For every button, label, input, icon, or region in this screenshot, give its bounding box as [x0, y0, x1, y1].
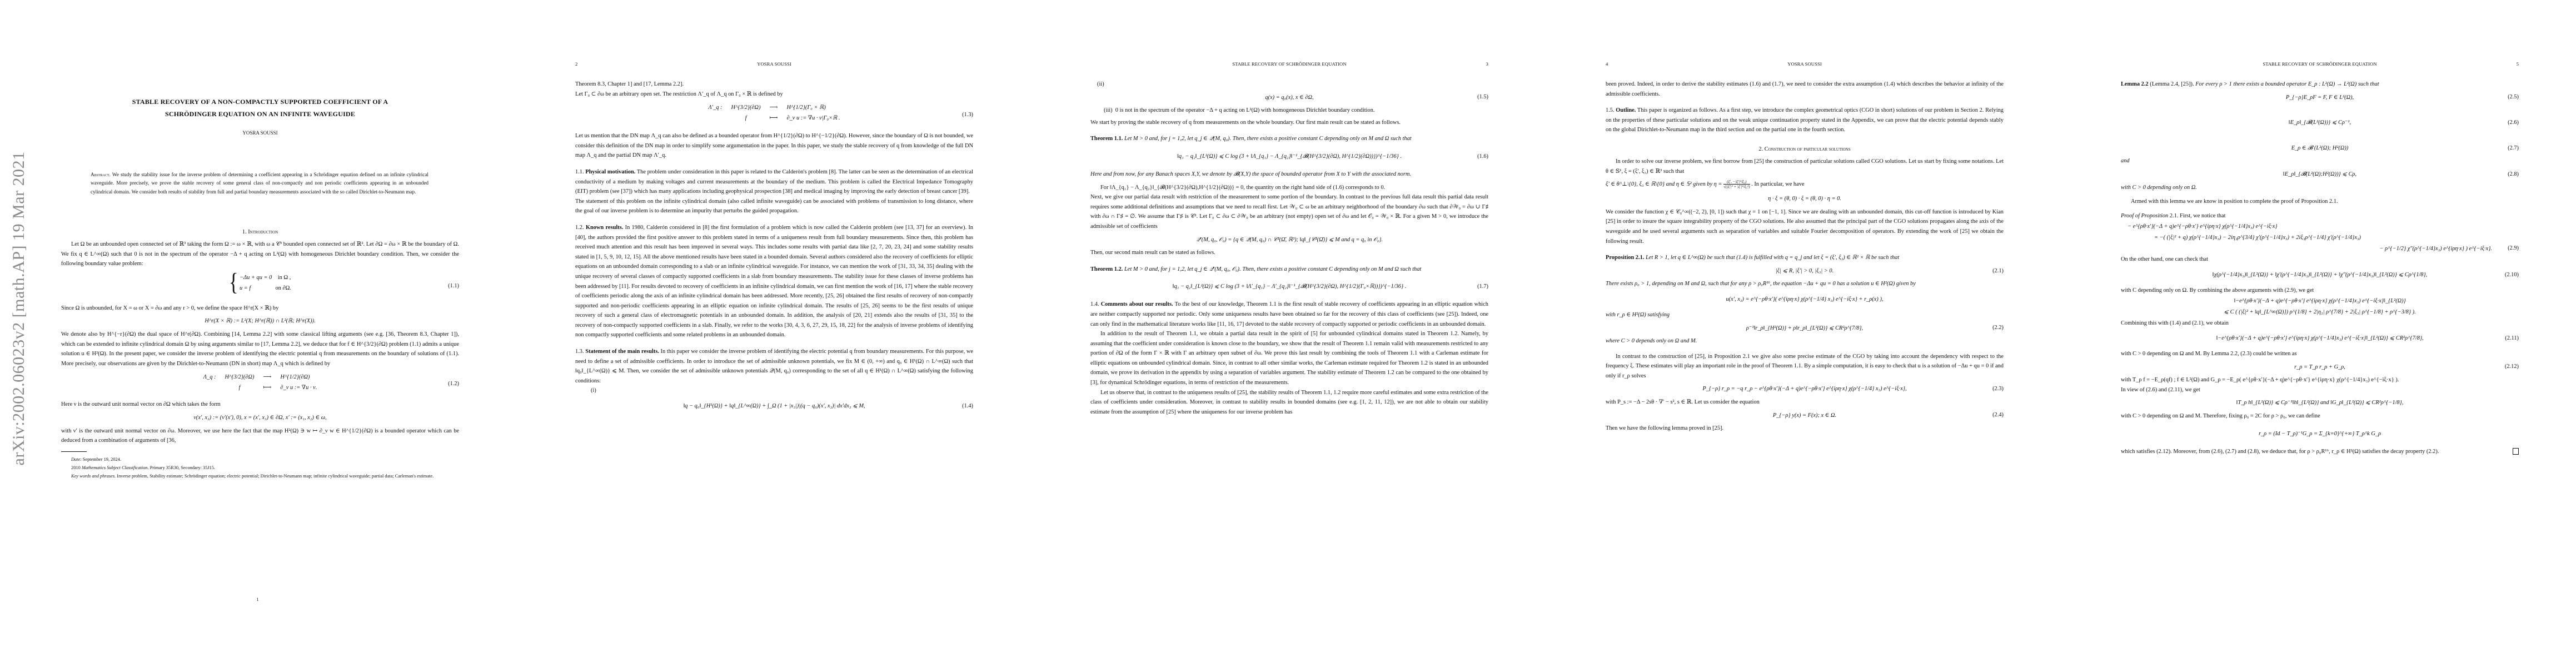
intro-paragraph-5: with ν′ is the outward unit normal vecto…: [61, 426, 459, 446]
section-1-5: 1.5. Outline. This paper is organized as…: [1606, 106, 2004, 135]
eq-cell: f: [220, 382, 258, 393]
cutoff-paragraph: We consider the function χ ∈ 𝒞₀^∞((−2, 2…: [1606, 207, 2004, 246]
intro-paragraph-3: We denote also by H^{−r}(∂Ω) the dual sp…: [61, 330, 459, 369]
section-title-introduction: 1. Introduction: [61, 229, 459, 235]
footnote-msc: 2010 Mathematics Subject Classification.…: [61, 464, 459, 472]
eq-cell: ⟶: [765, 102, 783, 113]
proposition-label: Proposition 2.1.: [1606, 255, 1644, 261]
equation-number: (1.5): [1477, 93, 1488, 103]
eq-1-1-row2-rhs: on ∂Ω.: [275, 285, 291, 291]
equation-2-1: |ξ| ⩽ R, |ξ′| > 0, |ξ₃| > 0. (2.1): [1606, 266, 2004, 276]
lemma-intro: Then we have the following lemma proved …: [1606, 424, 2004, 434]
page-5-body: Lemma 2.2 (Lemma 2.4, [25]). For every ρ…: [2121, 79, 2519, 456]
eq-cell: H^{1/2}(Γ₀ × ℝ): [782, 102, 844, 113]
equation-2-2: ρ⁻¹‖r_ρ‖_{H²(Ω)} + ρ‖r_ρ‖_{L²(Ω)} ⩽ CR²ρ…: [1606, 323, 2004, 333]
second-result-intro: Then, our second main result can be stat…: [1090, 248, 1488, 258]
equation-body: P_{−ρ} y(x) = F(x); x ∈ Ω.: [1773, 412, 1836, 419]
equation-2-9-line-3: − ρ^{−1/2} χ″(ρ^{−1/4}x₃) e^{iρη·x} ) e^…: [2121, 244, 2519, 254]
abstract-text: We study the stability issue for the inv…: [91, 172, 428, 195]
page-5: STABLE RECOVERY OF SCHRÖDINGER EQUATION …: [2061, 0, 2576, 667]
equation-2-12: r_ρ = T_ρ r_ρ + G_ρ, (2.12): [2121, 362, 2519, 372]
equation-normal-vector: ν(x′, x₃) := (ν′(x′), 0), x = (x′, x₃) ∈…: [61, 413, 459, 423]
section-1-3: 1.3. Statement of the main results. In t…: [575, 347, 973, 386]
left-brace: {: [229, 271, 238, 295]
in-view-text: In view of (2.6) and (2.11), we get: [2121, 385, 2519, 395]
equation-number: (2.9): [2508, 244, 2519, 254]
msc-label: Mathematics Subject Classification.: [82, 465, 149, 470]
continuation-text: been proved. Indeed, in order to derive …: [1606, 79, 2004, 99]
proof-start: Proof of Proposition 2.1. First, we noti…: [2121, 211, 2519, 221]
section-number: 1.1.: [575, 169, 584, 175]
equation-2-5: P_{−ρ}E_ρF = F, F ∈ L²(Ω), (2.5): [2121, 93, 2519, 103]
final-text: which satisfies (2.12). Moreover, from (…: [2121, 449, 2439, 455]
equation-cgo-solution: u(x′, x₃) = e^{−ρθ·x′}( e^{iρη·x} χ(ρ^{−…: [1606, 292, 2004, 307]
eq-cell: Λ_q :: [199, 372, 221, 382]
msc-value: Primary 35R30, Secondary: 35J15.: [149, 465, 216, 470]
arxiv-stamp: arXiv:2002.06023v2 [math.AP] 19 Mar 2021: [7, 150, 31, 467]
eq-cell: H^{1/2}(∂Ω): [276, 372, 321, 382]
section-title-physical-motivation: Physical motivation.: [585, 169, 635, 175]
lemma-use-text: with C > 0 depending on Ω and M. By Lemm…: [2121, 349, 2519, 359]
equation-number: (2.6): [2508, 118, 2519, 128]
equation-number: (1.4): [962, 399, 973, 414]
equation-number: (2.5): [2508, 93, 2519, 103]
inequality-line-1: ‖−e^{ρθ·x′}(−Δ + q)e^{−ρθ·x′} e^{iρη·x} …: [2121, 296, 2519, 306]
ps-definition: with P_s := −Δ − 2sθ · ∇′ − s², s ∈ ℝ. L…: [1606, 397, 2004, 407]
condition-ii-label: (ii): [1090, 79, 1488, 89]
page-number: 3: [1486, 61, 1488, 67]
running-head-title: YOSRA SOUSSI: [575, 61, 973, 67]
date-label: Date: [71, 457, 80, 462]
section-1-2: 1.2. Known results. In 1980, Calderón co…: [575, 223, 973, 340]
lemma-label: Lemma 2.2: [2121, 81, 2149, 87]
theorem-label: Theorem 1.1.: [1090, 136, 1123, 142]
eq-cell: [704, 113, 726, 123]
equation-number: (2.10): [2505, 268, 2519, 282]
proposition-text-3: with r_ρ ∈ H²(Ω) satisfying: [1606, 310, 2004, 320]
equation-body: E_ρ ∈ 𝓑 (L²(Ω); H²(Ω)): [2291, 145, 2349, 151]
and-connector: and: [2121, 156, 2519, 166]
page-2: 2 YOSRA SOUSSI Theorem 8.3, Chapter 1] a…: [515, 0, 1030, 667]
eq-1-1-row1-rhs: in Ω ,: [278, 275, 291, 281]
page-4: 4 YOSRA SOUSSI been proved. Indeed, in o…: [1546, 0, 2061, 667]
running-head-title: STABLE RECOVERY OF SCHRÖDINGER EQUATION: [1090, 61, 1488, 67]
equation-number: (1.1): [448, 281, 459, 291]
condition-iii-label: (iii): [1104, 107, 1113, 113]
author: YOSRA SOUSSI: [61, 130, 459, 136]
equation-2-4: P_{−ρ} y(x) = F(x); x ∈ Ω. (2.4): [1606, 411, 2004, 421]
dn-map-paragraph: Let us mention that the DN map Λ_q can a…: [575, 131, 973, 161]
proof-reference: 2.1.: [2168, 213, 2178, 219]
running-head-title: YOSRA SOUSSI: [1606, 61, 2004, 67]
final-paragraph: which satisfies (2.12). Moreover, from (…: [2121, 447, 2519, 457]
eq-1-1-row1-lhs: −Δu + qu = 0: [240, 275, 272, 281]
equation-number: (2.8): [2508, 170, 2519, 180]
equation-number: (2.2): [1992, 323, 2004, 333]
equation-1-1: { −Δu + qu = 0 in Ω , u = f on ∂Ω. (1.1): [61, 272, 459, 300]
eq-cell: [199, 382, 221, 393]
title-line-2: SCHRÖDINGER EQUATION ON AN INFINITE WAVE…: [61, 108, 459, 120]
equation-1-2: Λ_q : H^{3/2}(∂Ω) ⟶ H^{1/2}(∂Ω) f ⟼ ∂_ν …: [61, 372, 459, 396]
section-number: 1.5.: [1606, 107, 1615, 113]
equation-body: ‖E_ρ‖_{𝓑(L²(Ω);H²(Ω))} ⩽ Cρ,: [2283, 171, 2356, 177]
equation-orthogonality: η · ξ = (θ, 0) · ξ = (θ, 0) · η = 0.: [1606, 194, 2004, 204]
armed-paragraph: Armed with this lemma we are know in pos…: [2121, 197, 2519, 207]
theorem-1-1: Theorem 1.1. Let M > 0 and, for j = 1,2,…: [1090, 134, 1488, 144]
condition-iii-text: 0 is not in the spectrum of the operator…: [1115, 107, 1375, 113]
theorem-label: Theorem 1.2.: [1090, 266, 1123, 272]
equation-number: (2.3): [1992, 384, 2004, 394]
inequality-line-2: ⩽ C ( (|ξ|² + ‖q‖_{L^∞(Ω)}) ρ^{1/8} + 2|…: [2121, 307, 2519, 317]
banach-remark: Here and from now, for any Banach spaces…: [1090, 170, 1488, 180]
page-3: STABLE RECOVERY OF SCHRÖDINGER EQUATION …: [1030, 0, 1546, 667]
section-title-comments: Comments about our results.: [1101, 301, 1173, 307]
equation-2-3: P_{−ρ} r_ρ = −q r_ρ − e^{ρθ·x′}(−Δ + q)e…: [1606, 384, 2004, 394]
page-number: 5: [2517, 61, 2519, 67]
zero-case-remark: For ‖Λ_{q₁} − Λ_{q₂}‖_{𝓑(H^{3/2}(∂Ω),H^{…: [1090, 183, 1488, 193]
page-3-body: (ii) q(x) = q₀(x), x ∈ ∂Ω, (1.5) (iii) 0…: [1090, 79, 1488, 417]
equation-body: ‖q₁ − q₂‖_{L²(Ω)} ⩽ C log (3 + ‖Λ_{q₁} −…: [1177, 153, 1402, 160]
section-1-4: 1.4. Comments about our results. To the …: [1090, 300, 1488, 329]
equation-number: (2.11): [2505, 331, 2519, 346]
equation-number: (2.7): [2508, 143, 2519, 153]
theorem-text: Let M > 0 and, for j = 1,2, let q_j ∈ 𝒬(…: [1124, 136, 1412, 142]
eta-denominator: √(|ξ′|² + |ξ′|⁴/ξ₃²): [1723, 185, 1750, 189]
running-head: 2 YOSRA SOUSSI: [575, 61, 973, 69]
fixing-text: with C > 0 depending on Ω and M. Therefo…: [2121, 411, 2519, 421]
other-hand-text: On the other hand, one can check that: [2121, 255, 2519, 265]
eq-1-1-row2-lhs: u = f: [240, 285, 251, 291]
contrast-paragraph: In contrast to the construction of [25],…: [1606, 352, 2004, 381]
eq-cell: Λ′_q :: [704, 102, 726, 113]
equation-2-7: E_ρ ∈ 𝓑 (L²(Ω); H²(Ω)) (2.7): [2121, 143, 2519, 153]
section-1-4-paragraph-2: In addition to the result of Theorem 1.1…: [1090, 329, 1488, 388]
page-2-body: Theorem 8.3, Chapter 1] and [17, Lemma 2…: [575, 79, 973, 417]
dn-map-table: Λ_q : H^{3/2}(∂Ω) ⟶ H^{1/2}(∂Ω) f ⟼ ∂_ν …: [199, 372, 322, 393]
eq-cell: ⟶: [259, 372, 276, 382]
eq-cell: ⟼: [259, 382, 276, 393]
running-head-title: STABLE RECOVERY OF SCHRÖDINGER EQUATION: [2121, 61, 2519, 67]
eta-definition-text: ξ′ ∈ θ^⊥\{0}, ξ₃ ∈ ℝ\{0} and η ∈ 𝕊² give…: [1606, 181, 1722, 187]
equation-body: ‖q − q₀‖_{H¹(Ω)} + ‖q‖_{L^∞(Ω)} + ∫_Ω (1…: [683, 403, 865, 409]
section-text: This paper is organized as follows. As a…: [1606, 107, 2004, 133]
section-title-construction: 2. Construction of particular solutions: [1606, 146, 2004, 152]
equation-body: ρ⁻¹‖r_ρ‖_{H²(Ω)} + ρ‖r_ρ‖_{L²(Ω)} ⩽ CR²ρ…: [1746, 325, 1863, 331]
section-number: 1.2.: [575, 225, 584, 231]
equation-body: r_ρ = T_ρ r_ρ + G_ρ,: [2294, 364, 2345, 370]
equation-body: P_{−ρ}E_ρF = F, F ∈ L²(Ω),: [2286, 94, 2354, 101]
equation-1-3: Λ′_q : H^{3/2}(∂Ω) ⟶ H^{1/2}(Γ₀ × ℝ) f ⟼…: [575, 102, 973, 128]
lemma-conclusion: with C > 0 depending only on Ω.: [2121, 183, 2519, 193]
equation-body: ‖E_ρ‖_{𝓑(L²(Ω))} ⩽ Cρ⁻¹,: [2289, 120, 2351, 126]
equation-body: |ξ| ⩽ R, |ξ′| > 0, |ξ₃| > 0.: [1776, 268, 1833, 274]
combining-text-2: Combining this with (1.4) and (2.1), we …: [2121, 318, 2519, 328]
section-number: 1.4.: [1090, 301, 1099, 307]
eq-cell: ∂_ν u := ∇u · ν.: [276, 382, 321, 393]
eq-cell: ⟼: [765, 113, 783, 123]
section-text: In 1980, Calderón considered in [8] the …: [575, 225, 973, 339]
msc-prefix: 2010: [71, 465, 82, 470]
equation-2-10: ‖χ(ρ^{−1/4}x₃)‖_{L²(Ω)} + ‖χ′(ρ^{−1/4}x₃…: [2121, 268, 2519, 282]
eq-cell: H^{3/2}(∂Ω): [726, 102, 765, 113]
continuation-text: Theorem 8.3, Chapter 1] and [17, Lemma 2…: [575, 79, 973, 89]
qed-square-icon: [2513, 448, 2519, 455]
intro-paragraph-4: Here ν is the outward unit normal vector…: [61, 400, 459, 410]
running-head: STABLE RECOVERY OF SCHRÖDINGER EQUATION …: [1090, 61, 1488, 69]
equation-1-5: q(x) = q₀(x), x ∈ ∂Ω, (1.5): [1090, 93, 1488, 103]
equation-number: (2.1): [1992, 266, 2004, 276]
abstract-label: Abstract.: [91, 172, 111, 177]
equation-operator-bounds: ‖T_ρ h‖_{L²(Ω)} ⩽ Cρ⁻¹‖h‖_{L²(Ω)} and ‖G…: [2121, 398, 2519, 408]
eq-cell: ∂_ν u := ∇u · ν|Γ₀×ℝ .: [782, 113, 844, 123]
equation-1-6: ‖q₁ − q₂‖_{L²(Ω)} ⩽ C log (3 + ‖Λ_{q₁} −…: [1090, 147, 1488, 166]
partial-dn-map-table: Λ′_q : H^{3/2}(∂Ω) ⟶ H^{1/2}(Γ₀ × ℝ) f ⟼…: [704, 102, 844, 123]
section-title-outline: Outline.: [1616, 107, 1636, 113]
lemma-reference: (Lemma 2.4, [25]).: [2149, 81, 2194, 87]
arxiv-stamp-text: arXiv:2002.06023v2 [math.AP] 19 Mar 2021: [9, 152, 28, 466]
title-line-1: STABLE RECOVERY OF A NON-COMPACTLY SUPPO…: [61, 96, 459, 108]
page-1: arXiv:2002.06023v2 [math.AP] 19 Mar 2021…: [0, 0, 515, 667]
page-1-body: 1. Introduction Let Ω be an unbounded op…: [61, 221, 459, 480]
theorem-1-2: Theorem 1.2. Let M > 0 and, for j = 1,2,…: [1090, 265, 1488, 275]
equation-number: (1.7): [1477, 277, 1488, 296]
keywords-value: Inverse problem, Stability estimate; Sch…: [116, 474, 434, 479]
equation-1-4: ‖q − q₀‖_{H¹(Ω)} + ‖q‖_{L^∞(Ω)} + ∫_Ω (1…: [575, 399, 973, 414]
section-title-main-results: Statement of the main results.: [585, 349, 659, 355]
condition-i-label: (i): [575, 386, 973, 396]
footnote-rule: [61, 451, 87, 452]
combining-text: with C depending only on Ω. By combining…: [2121, 286, 2519, 296]
equation-2-8: ‖E_ρ‖_{𝓑(L²(Ω);H²(Ω))} ⩽ Cρ, (2.8): [2121, 170, 2519, 180]
theorem-text: Let M > 0 and, for j = 1,2, let q_j ∈ 𝒬′…: [1124, 266, 1421, 272]
equation-body: − ρ^{−1/2} χ″(ρ^{−1/4}x₃) e^{iρη·x} ) e^…: [2380, 246, 2492, 252]
keywords-label: Key words and phrases.: [71, 474, 116, 479]
proposition-2-1: Proposition 2.1. Let R > 1, let q ∈ L^∞(…: [1606, 253, 2004, 263]
equation-admissible-set: 𝒬′(M, q₀, 𝒪₀) = {q ∈ 𝒬(M, q₀) ∩ 𝒞²(Ω̄, ℝ…: [1090, 235, 1488, 245]
eq-cell: f: [726, 113, 765, 123]
cases: −Δu + qu = 0 in Ω , u = f on ∂Ω.: [240, 272, 291, 293]
paper-title: STABLE RECOVERY OF A NON-COMPACTLY SUPPO…: [61, 96, 459, 120]
eq-cell: H^{3/2}(∂Ω): [220, 372, 258, 382]
equation-number: (2.4): [1992, 411, 2004, 421]
lemma-2-2: Lemma 2.2 (Lemma 2.4, [25]). For every ρ…: [2121, 79, 2519, 89]
equation-2-11: ‖−e^{ρθ·x′}(−Δ + q)e^{−ρθ·x′} e^{iρη·x} …: [2121, 331, 2519, 346]
proof-text: First, we notice that: [2178, 213, 2225, 219]
running-head: 4 YOSRA SOUSSI: [1606, 61, 2004, 69]
equation-number: (2.12): [2505, 362, 2519, 372]
restriction-paragraph: Let Γ₀ ⊂ ∂ω be an arbitrary open set. Th…: [575, 89, 973, 99]
proposition-text-2: There exists ρ₀ > 1, depending on M and …: [1606, 279, 2004, 289]
eta-numerator: (ξ′, −|ξ′|²/ξ₃): [1723, 180, 1750, 185]
equation-number: (1.6): [1477, 147, 1488, 166]
section-title-known-results: Known results.: [586, 225, 623, 231]
section-text: The problem under consideration in this …: [575, 169, 973, 195]
equation-space-definition: H^r(X × ℝ) := L²(X; H^r(ℝ)) ∩ L²(ℝ; H^r(…: [61, 316, 459, 326]
section-1-1-paragraph-2: The statement of this problem on the inf…: [575, 197, 973, 216]
page-4-body: been proved. Indeed, in order to derive …: [1606, 79, 2004, 434]
equation-body: ‖−e^{ρθ·x′}(−Δ + q)e^{−ρθ·x′} e^{iρη·x} …: [2216, 335, 2423, 341]
section-1-4-paragraph-3: Let us observe that, in contrast to the …: [1090, 388, 1488, 417]
abstract: Abstract. We study the stability issue f…: [91, 171, 428, 196]
proposition-text: Let R > 1, let q ∈ L^∞(Ω) be such that (…: [1646, 255, 1899, 261]
proof-label: Proof of Proposition: [2121, 213, 2168, 219]
eta-fraction: (ξ′, −|ξ′|²/ξ₃) √(|ξ′|² + |ξ′|⁴/ξ₃²): [1723, 180, 1750, 189]
partial-data-paragraph: Next, we give our partial data result wi…: [1090, 192, 1488, 231]
condition-iii: (iii) 0 is not in the spectrum of the op…: [1090, 106, 1488, 116]
equation-body: ‖q₁ − q₂‖_{L²(Ω)} ⩽ C log (3 + ‖Λ′_{q₁} …: [1173, 283, 1407, 290]
section-number: 1.3.: [575, 349, 584, 355]
equation-2-6: ‖E_ρ‖_{𝓑(L²(Ω))} ⩽ Cρ⁻¹, (2.6): [2121, 118, 2519, 128]
footnote-keywords: Key words and phrases. Inverse problem, …: [61, 472, 459, 480]
running-head: STABLE RECOVERY OF SCHRÖDINGER EQUATION …: [2121, 61, 2519, 69]
page-number: 1: [0, 596, 515, 602]
equation-number: (1.3): [962, 110, 973, 120]
equation-number: (1.2): [448, 380, 459, 390]
equation-body: P_{−ρ} r_ρ = −q r_ρ − e^{ρθ·x′}(−Δ + q)e…: [1702, 386, 1906, 392]
equation-1-7: ‖q₁ − q₂‖_{L²(Ω)} ⩽ C log (3 + ‖Λ′_{q₁} …: [1090, 277, 1488, 296]
equation-2-9-line-2: = −( (|ξ|² + q) χ(ρ^{−1/4}x₃) − 2iη₃ρ^{3…: [2121, 233, 2519, 243]
intro-paragraph-2: Since Ω is unbounded, for X = ω or X = ∂…: [61, 303, 459, 313]
cgo-intro: In order to solve our inverse problem, w…: [1606, 157, 2004, 176]
equation-body: ‖χ(ρ^{−1/4}x₃)‖_{L²(Ω)} + ‖χ′(ρ^{−1/4}x₃…: [2213, 272, 2427, 278]
section-1-1: 1.1. Physical motivation. The problem un…: [575, 167, 973, 197]
equation-body: q(x) = q₀(x), x ∈ ∂Ω,: [1265, 94, 1313, 101]
intro-paragraph-1: Let Ω be an unbounded open connected set…: [61, 240, 459, 269]
proposition-text-4: where C > 0 depends only on Ω and M.: [1606, 336, 2004, 346]
first-result-intro: We start by proving the stable recovery …: [1090, 118, 1488, 128]
eta-definition-suffix: . In particular, we have: [1751, 181, 1804, 187]
equation-neumann-series: r_ρ = (Id − T_ρ)⁻¹G_ρ = Σ_{k=0}^{+∞} T_ρ…: [2121, 425, 2519, 444]
eta-definition: ξ′ ∈ θ^⊥\{0}, ξ₃ ∈ ℝ\{0} and η ∈ 𝕊² give…: [1606, 178, 2004, 191]
t-g-definition: with T_ρ f = −E_ρ(qf) ; f ∈ L²(Ω) and G_…: [2121, 375, 2519, 385]
equation-2-9-line-1: − e^{ρθ·x′}(−Δ + q)e^{−ρθ·x′} e^{iρη·x} …: [2121, 222, 2519, 232]
date-value: : September 19, 2024.: [80, 457, 121, 462]
footnote-date: Date: September 19, 2024.: [61, 455, 459, 464]
lemma-text: For every ρ > 1 there exists a bounded o…: [2195, 81, 2379, 87]
